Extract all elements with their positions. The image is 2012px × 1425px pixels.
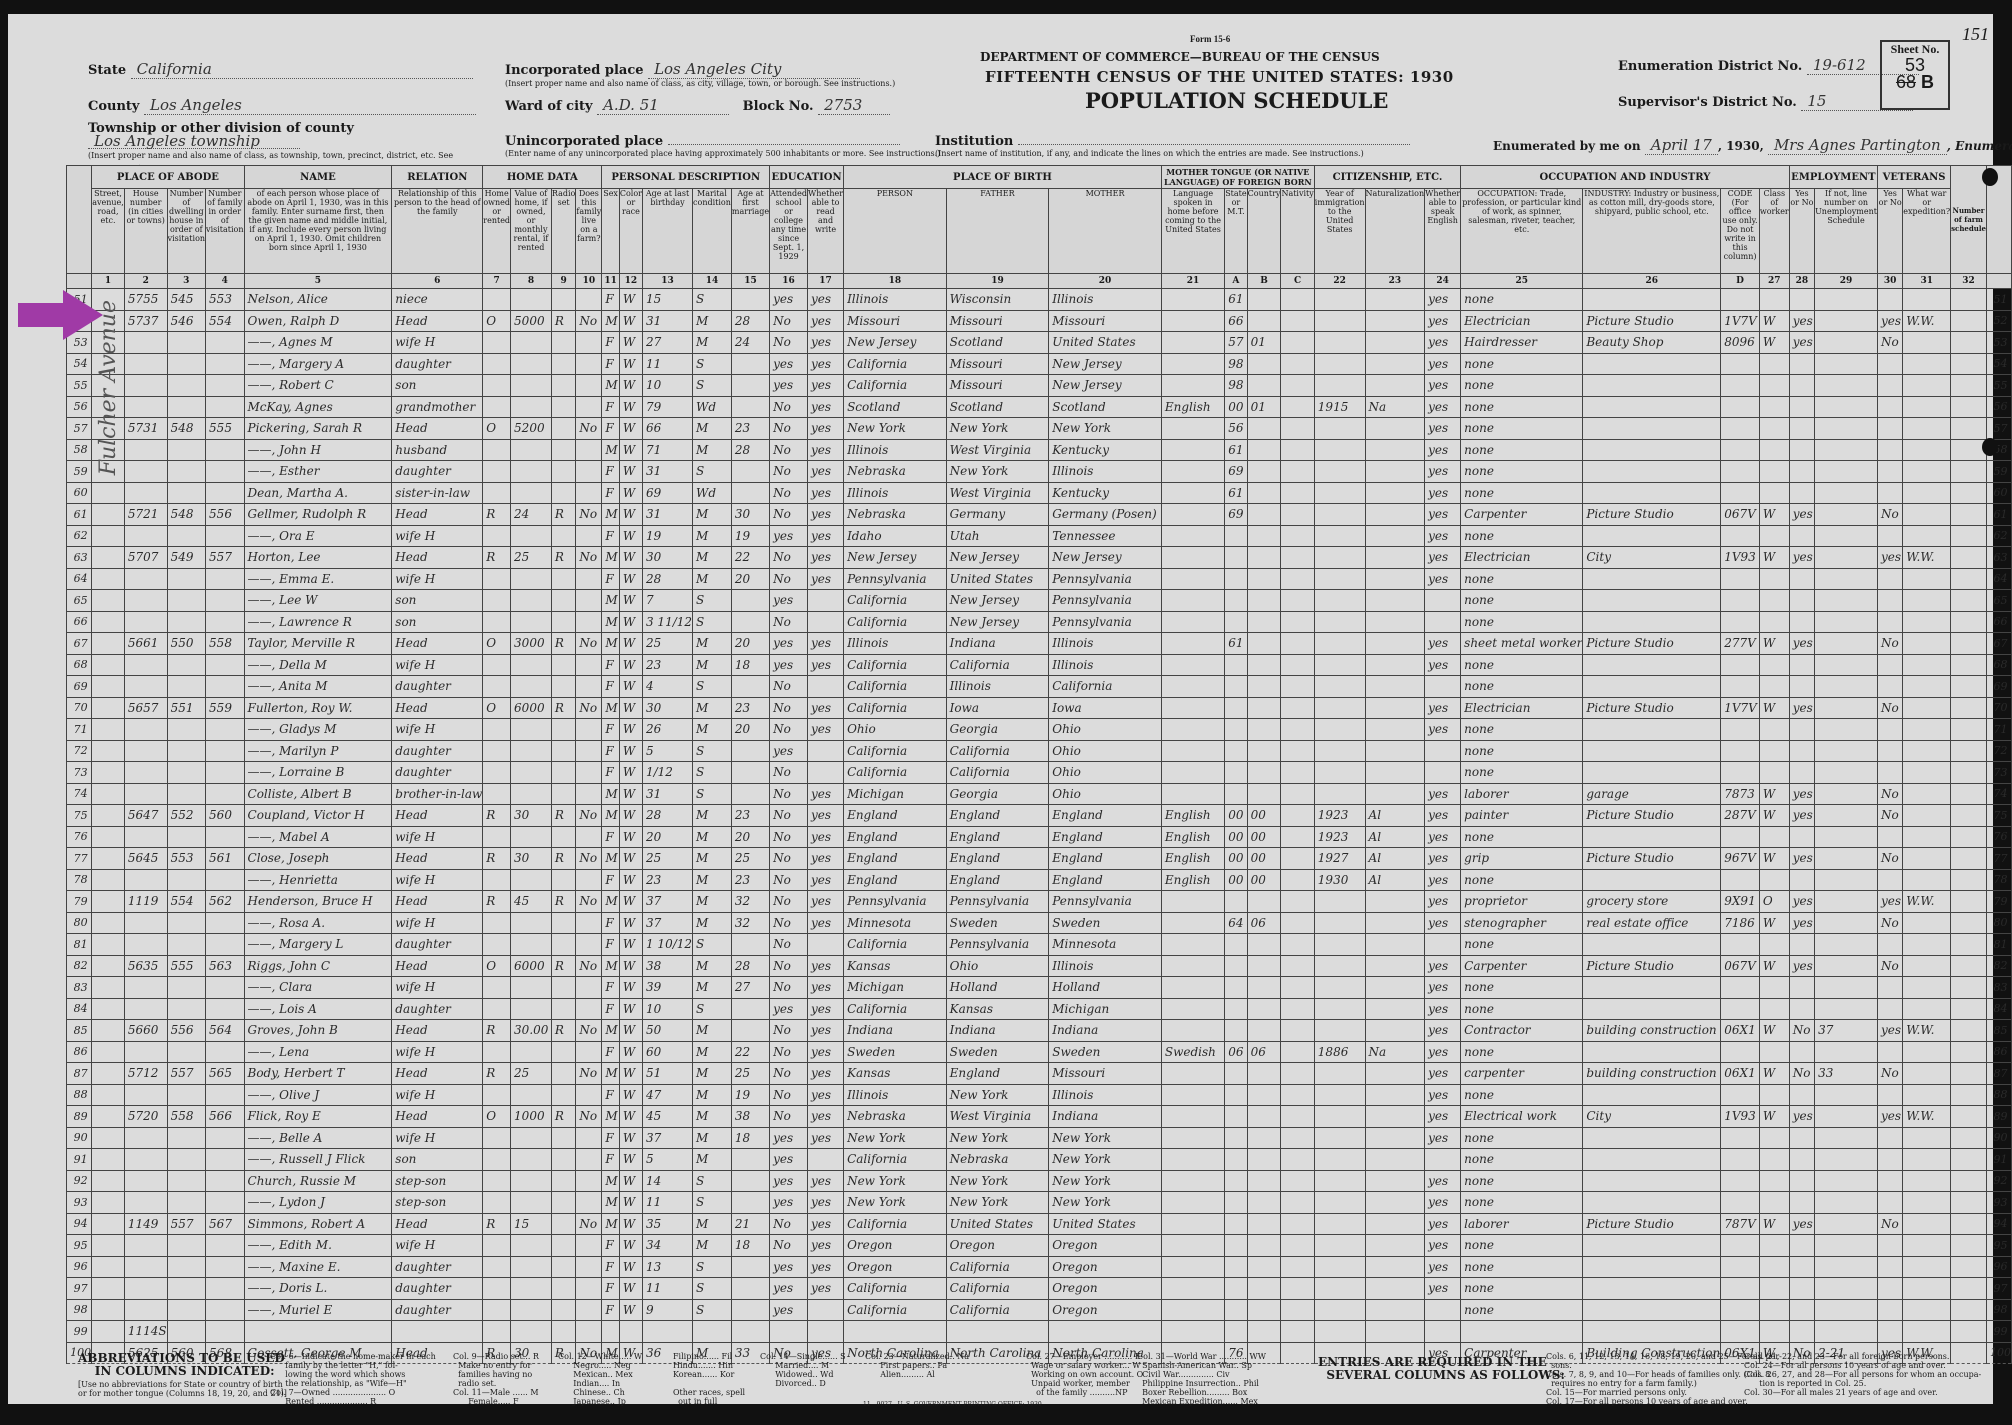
cell-rel: husband bbox=[392, 439, 483, 461]
group-mother-tongue: MOTHER TONGUE (OR NATIVE LANGUAGE) OF FO… bbox=[1161, 166, 1314, 189]
cell-ca: 98 bbox=[1225, 353, 1247, 375]
cell-mar: S bbox=[693, 461, 732, 483]
cell-read: yes bbox=[808, 869, 844, 891]
cell-sch: No bbox=[770, 977, 808, 999]
sheet-number-struck: 68 bbox=[1896, 72, 1916, 92]
cell-sch: No bbox=[770, 1041, 808, 1063]
cell-fbp: California bbox=[946, 1256, 1049, 1278]
cell-name: Flick, Roy E bbox=[244, 1106, 392, 1128]
line-number: 59 bbox=[1986, 461, 2011, 483]
cell-eng: yes bbox=[1425, 719, 1461, 741]
cell-vet: yes bbox=[1877, 1020, 1902, 1042]
cell-emp bbox=[1789, 1299, 1814, 1321]
col-speak-english: Whether able to speak English bbox=[1425, 189, 1461, 274]
cell-fs bbox=[1951, 955, 1987, 977]
cell-house bbox=[124, 912, 167, 934]
cell-house bbox=[124, 611, 167, 633]
line-number: 87 bbox=[1986, 1063, 2011, 1085]
cell-sch: No bbox=[770, 1213, 808, 1235]
cell-dw bbox=[167, 396, 205, 418]
cell-sex: F bbox=[602, 912, 620, 934]
cell-mbp: Tennessee bbox=[1049, 525, 1162, 547]
cell-cc bbox=[1281, 1084, 1314, 1106]
cell-ind bbox=[1583, 1192, 1721, 1214]
cell-fbp: California bbox=[946, 762, 1049, 784]
cell-mar: S bbox=[693, 783, 732, 805]
cell-emp: yes bbox=[1789, 1106, 1814, 1128]
cell-radio bbox=[551, 869, 575, 891]
cell-sex: F bbox=[602, 396, 620, 418]
cell-street bbox=[92, 547, 125, 569]
table-row: 705657551559Fullerton, Roy W.HeadO6000RN… bbox=[67, 697, 2012, 719]
cell-own bbox=[483, 977, 511, 999]
cell-mbp: Illinois bbox=[1049, 1084, 1162, 1106]
cell-rel: Head bbox=[392, 955, 483, 977]
cell-dw bbox=[167, 611, 205, 633]
cell-fam: 558 bbox=[206, 633, 244, 655]
cell-emp bbox=[1789, 418, 1814, 440]
cell-cb bbox=[1247, 977, 1281, 999]
cell-unemp bbox=[1815, 332, 1878, 354]
census-title: FIFTEENTH CENSUS OF THE UNITED STATES: 1… bbox=[985, 68, 1454, 86]
cell-sex: M bbox=[602, 547, 620, 569]
cell-nat bbox=[1365, 504, 1425, 526]
cell-read: yes bbox=[808, 332, 844, 354]
cell-emp bbox=[1789, 1235, 1814, 1257]
department-title: DEPARTMENT OF COMMERCE—BUREAU OF THE CEN… bbox=[980, 50, 1380, 64]
table-row: 92Church, Russie Mstep-sonMW14SyesyesNew… bbox=[67, 1170, 2012, 1192]
cell-fam bbox=[206, 439, 244, 461]
cell-fam: 557 bbox=[206, 547, 244, 569]
cell-cc bbox=[1281, 654, 1314, 676]
cell-agem bbox=[731, 590, 769, 612]
cell-eng bbox=[1425, 611, 1461, 633]
cell-ca bbox=[1225, 1192, 1247, 1214]
cell-fam: 567 bbox=[206, 1213, 244, 1235]
cell-fam bbox=[206, 740, 244, 762]
cell-dw bbox=[167, 1041, 205, 1063]
cell-rel: son bbox=[392, 1149, 483, 1171]
cell-mar: M bbox=[693, 1020, 732, 1042]
printer-imprint: 11—9027 U. S. GOVERNMENT PRINTING OFFICE… bbox=[863, 1400, 1042, 1409]
cell-fbp: New Jersey bbox=[946, 590, 1049, 612]
cell-rel: grandmother bbox=[392, 396, 483, 418]
table-row: 95——, Edith M.wife HFW34M18NoyesOregonOr… bbox=[67, 1235, 2012, 1257]
table-row: 755647552560Coupland, Victor HHeadR30RNo… bbox=[67, 805, 2012, 827]
farm-schedule-header: Number of farm schedule bbox=[1951, 166, 1987, 274]
cell-eng: yes bbox=[1425, 998, 1461, 1020]
cell-house bbox=[124, 719, 167, 741]
cell-val bbox=[511, 826, 552, 848]
cell-sch: No bbox=[770, 439, 808, 461]
cell-code: 1V93 bbox=[1721, 1106, 1760, 1128]
cell-nat bbox=[1365, 1213, 1425, 1235]
cell-rel: daughter bbox=[392, 934, 483, 956]
cell-occ: none bbox=[1461, 611, 1583, 633]
cell-name: ——, Lawrence R bbox=[244, 611, 392, 633]
cell-bp: California bbox=[844, 353, 947, 375]
cell-ind bbox=[1583, 1170, 1721, 1192]
cell-occ: sheet metal worker bbox=[1461, 633, 1583, 655]
cell-house: 5712 bbox=[124, 1063, 167, 1085]
group-relation: RELATION bbox=[392, 166, 483, 189]
cell-lang bbox=[1161, 1063, 1224, 1085]
cell-mbp: Missouri bbox=[1049, 310, 1162, 332]
cell-race: W bbox=[619, 1149, 642, 1171]
cell-code bbox=[1721, 375, 1760, 397]
cell-cb bbox=[1247, 955, 1281, 977]
cell-bp: California bbox=[844, 654, 947, 676]
cell-unemp bbox=[1815, 375, 1878, 397]
cell-farm: No bbox=[576, 418, 602, 440]
cell-nat bbox=[1365, 547, 1425, 569]
cell-emp bbox=[1789, 1127, 1814, 1149]
cell-vet: yes bbox=[1877, 547, 1902, 569]
cell-radio bbox=[551, 934, 575, 956]
cell-war: W.W. bbox=[1903, 891, 1951, 913]
line-number: 83 bbox=[1986, 977, 2011, 999]
cell-read: yes bbox=[808, 461, 844, 483]
cell-rel: Head bbox=[392, 1020, 483, 1042]
cell-bp: California bbox=[844, 697, 947, 719]
cell-age: 10 bbox=[642, 375, 692, 397]
cell-ca bbox=[1225, 783, 1247, 805]
cell-ca: 06 bbox=[1225, 1041, 1247, 1063]
cell-vet: No bbox=[1877, 912, 1902, 934]
cell-mar: S bbox=[693, 762, 732, 784]
cell-cls bbox=[1759, 740, 1789, 762]
cell-lang: English bbox=[1161, 848, 1224, 870]
cell-ca bbox=[1225, 590, 1247, 612]
cell-fam: 556 bbox=[206, 504, 244, 526]
cell-cls bbox=[1759, 525, 1789, 547]
cell-name: ——, Marilyn P bbox=[244, 740, 392, 762]
cell-mbp: Pennsylvania bbox=[1049, 891, 1162, 913]
cell-unemp: 37 bbox=[1815, 1020, 1878, 1042]
cell-ca: 57 bbox=[1225, 332, 1247, 354]
line-number: 93 bbox=[67, 1192, 92, 1214]
cell-fs bbox=[1951, 504, 1987, 526]
cell-age: 11 bbox=[642, 353, 692, 375]
cell-race: W bbox=[619, 654, 642, 676]
cell-code: 067V bbox=[1721, 955, 1760, 977]
cell-dw: 557 bbox=[167, 1213, 205, 1235]
cell-lang bbox=[1161, 998, 1224, 1020]
cell-ind bbox=[1583, 439, 1721, 461]
cell-cb bbox=[1247, 934, 1281, 956]
cell-cc bbox=[1281, 590, 1314, 612]
cell-radio bbox=[551, 1170, 575, 1192]
cell-house bbox=[124, 1278, 167, 1300]
cell-mbp: New York bbox=[1049, 1149, 1162, 1171]
cell-radio bbox=[551, 1127, 575, 1149]
cell-val bbox=[511, 1235, 552, 1257]
line-number: 87 bbox=[67, 1063, 92, 1085]
cell-dw bbox=[167, 676, 205, 698]
cell-radio bbox=[551, 1063, 575, 1085]
cell-name bbox=[244, 1321, 392, 1343]
cell-street bbox=[92, 891, 125, 913]
cell-race: W bbox=[619, 396, 642, 418]
cell-emp bbox=[1789, 525, 1814, 547]
cell-imm bbox=[1314, 418, 1365, 440]
cell-lang bbox=[1161, 633, 1224, 655]
cell-war bbox=[1903, 525, 1951, 547]
cell-own bbox=[483, 676, 511, 698]
legend-col31: Col. 31—World War ........... WW Spanish… bbox=[1137, 1352, 1266, 1406]
cell-cc bbox=[1281, 418, 1314, 440]
column-number: B bbox=[1247, 274, 1281, 289]
cell-farm bbox=[576, 1149, 602, 1171]
cell-lang bbox=[1161, 310, 1224, 332]
cell-dw bbox=[167, 869, 205, 891]
cell-rel: wife H bbox=[392, 912, 483, 934]
cell-radio bbox=[551, 740, 575, 762]
cell-code bbox=[1721, 525, 1760, 547]
cell-ind bbox=[1583, 482, 1721, 504]
cell-fs bbox=[1951, 1213, 1987, 1235]
cell-agem bbox=[731, 611, 769, 633]
cell-name: ——, Della M bbox=[244, 654, 392, 676]
cell-read: yes bbox=[808, 998, 844, 1020]
entries-required-title: ENTRIES ARE REQUIRED IN THE SEVERAL COLU… bbox=[1318, 1356, 1565, 1382]
line-number: 74 bbox=[67, 783, 92, 805]
cell-own bbox=[483, 869, 511, 891]
cell-war: W.W. bbox=[1903, 547, 1951, 569]
cell-mar: M bbox=[693, 805, 732, 827]
cell-rel: Head bbox=[392, 633, 483, 655]
cell-cb: 06 bbox=[1247, 1041, 1281, 1063]
column-number: 31 bbox=[1903, 274, 1951, 289]
cell-eng: yes bbox=[1425, 310, 1461, 332]
cell-nat bbox=[1365, 955, 1425, 977]
cell-val: 15 bbox=[511, 1213, 552, 1235]
cell-sex: F bbox=[602, 1299, 620, 1321]
cell-bp: Kansas bbox=[844, 1063, 947, 1085]
cell-radio bbox=[551, 375, 575, 397]
cell-house bbox=[124, 783, 167, 805]
cell-dw: 545 bbox=[167, 289, 205, 311]
township-value: Los Angeles township bbox=[88, 135, 300, 149]
cell-cls bbox=[1759, 1321, 1789, 1343]
cell-age: 23 bbox=[642, 654, 692, 676]
cell-sex: M bbox=[602, 848, 620, 870]
cell-age: 47 bbox=[642, 1084, 692, 1106]
cell-fs bbox=[1951, 1235, 1987, 1257]
cell-emp bbox=[1789, 1278, 1814, 1300]
cell-ind: Picture Studio bbox=[1583, 805, 1721, 827]
line-number: 75 bbox=[67, 805, 92, 827]
cell-agem bbox=[731, 762, 769, 784]
col-radio: Radio set bbox=[551, 189, 575, 274]
cell-nat bbox=[1365, 439, 1425, 461]
cell-cls bbox=[1759, 1041, 1789, 1063]
cell-race: W bbox=[619, 1256, 642, 1278]
cell-unemp bbox=[1815, 912, 1878, 934]
cell-lang bbox=[1161, 891, 1224, 913]
cell-cls bbox=[1759, 934, 1789, 956]
cell-agem bbox=[731, 1299, 769, 1321]
cell-fam bbox=[206, 611, 244, 633]
cell-mbp: Michigan bbox=[1049, 998, 1162, 1020]
cell-race: W bbox=[619, 418, 642, 440]
institution-label: Institution bbox=[935, 134, 1013, 149]
cell-agem bbox=[731, 1256, 769, 1278]
cell-fam bbox=[206, 1084, 244, 1106]
line-number: 98 bbox=[67, 1299, 92, 1321]
cell-mbp: Oregon bbox=[1049, 1256, 1162, 1278]
cell-code bbox=[1721, 676, 1760, 698]
cell-sch: No bbox=[770, 783, 808, 805]
cell-val bbox=[511, 1041, 552, 1063]
cell-read: yes bbox=[808, 783, 844, 805]
column-number: 17 bbox=[808, 274, 844, 289]
cell-fs bbox=[1951, 805, 1987, 827]
cell-vet: No bbox=[1877, 504, 1902, 526]
col-occupation: OCCUPATION: Trade, profession, or partic… bbox=[1461, 189, 1583, 274]
cell-unemp bbox=[1815, 977, 1878, 999]
cell-ca: 00 bbox=[1225, 848, 1247, 870]
cell-fam: 564 bbox=[206, 1020, 244, 1042]
cell-vet bbox=[1877, 289, 1902, 311]
cell-vet bbox=[1877, 590, 1902, 612]
cell-house bbox=[124, 869, 167, 891]
col-read-write: Whether able to read and write bbox=[808, 189, 844, 274]
cell-age: 1/12 bbox=[642, 762, 692, 784]
cell-age: 3 11/12 bbox=[642, 611, 692, 633]
cell-fbp: Utah bbox=[946, 525, 1049, 547]
cell-code: 067V bbox=[1721, 504, 1760, 526]
cell-cb bbox=[1247, 1149, 1281, 1171]
line-number: 71 bbox=[67, 719, 92, 741]
cell-val bbox=[511, 676, 552, 698]
line-number: 78 bbox=[67, 869, 92, 891]
cell-imm: 1923 bbox=[1314, 805, 1365, 827]
cell-nat bbox=[1365, 525, 1425, 547]
cell-sch: No bbox=[770, 891, 808, 913]
cell-imm bbox=[1314, 1170, 1365, 1192]
cell-mar: M bbox=[693, 1235, 732, 1257]
cell-agem bbox=[731, 783, 769, 805]
cell-read: yes bbox=[808, 482, 844, 504]
column-number: 29 bbox=[1815, 274, 1878, 289]
cell-agem bbox=[731, 1170, 769, 1192]
cell-radio bbox=[551, 1192, 575, 1214]
cell-dw: 558 bbox=[167, 1106, 205, 1128]
cell-ind: Picture Studio bbox=[1583, 310, 1721, 332]
cell-age: 66 bbox=[642, 418, 692, 440]
cell-war bbox=[1903, 1235, 1951, 1257]
cell-name: Fullerton, Roy W. bbox=[244, 697, 392, 719]
cell-imm: 1923 bbox=[1314, 826, 1365, 848]
cell-read: yes bbox=[808, 1020, 844, 1042]
cell-bp: England bbox=[844, 848, 947, 870]
cell-agem: 18 bbox=[731, 1127, 769, 1149]
cell-code: 287V bbox=[1721, 805, 1760, 827]
cell-mar: M bbox=[693, 848, 732, 870]
cell-farm bbox=[576, 912, 602, 934]
cell-age: 28 bbox=[642, 568, 692, 590]
cell-dw bbox=[167, 1170, 205, 1192]
table-row: 60Dean, Martha A.sister-in-lawFW69WdNoye… bbox=[67, 482, 2012, 504]
cell-war bbox=[1903, 1041, 1951, 1063]
cell-imm bbox=[1314, 654, 1365, 676]
cell-code bbox=[1721, 1278, 1760, 1300]
enumerated-date: April 17 bbox=[1645, 136, 1718, 155]
cell-farm bbox=[576, 1235, 602, 1257]
cell-age: 11 bbox=[642, 1278, 692, 1300]
cell-cb bbox=[1247, 676, 1281, 698]
cell-occ: none bbox=[1461, 461, 1583, 483]
cell-fam bbox=[206, 1127, 244, 1149]
cell-mbp: New York bbox=[1049, 418, 1162, 440]
cell-street bbox=[92, 934, 125, 956]
col-employed: Yes or No bbox=[1789, 189, 1814, 274]
cell-cc bbox=[1281, 504, 1314, 526]
cell-mar: S bbox=[693, 1170, 732, 1192]
cell-cb: 01 bbox=[1247, 396, 1281, 418]
cell-lang: English bbox=[1161, 869, 1224, 891]
cell-imm bbox=[1314, 1235, 1365, 1257]
cell-sch: No bbox=[770, 955, 808, 977]
cell-bp: Pennsylvania bbox=[844, 568, 947, 590]
cell-fbp: Germany bbox=[946, 504, 1049, 526]
cell-cc bbox=[1281, 955, 1314, 977]
cell-farm bbox=[576, 375, 602, 397]
table-row: 53——, Agnes Mwife HFW27M24NoyesNew Jerse… bbox=[67, 332, 2012, 354]
cell-agem bbox=[731, 1149, 769, 1171]
cell-val bbox=[511, 332, 552, 354]
cell-unemp bbox=[1815, 697, 1878, 719]
column-number: 21 bbox=[1161, 274, 1224, 289]
cell-mbp: Holland bbox=[1049, 977, 1162, 999]
cell-fam bbox=[206, 998, 244, 1020]
cell-fbp: New York bbox=[946, 1170, 1049, 1192]
cell-own: R bbox=[483, 891, 511, 913]
cell-ind: Beauty Shop bbox=[1583, 332, 1721, 354]
cell-nat bbox=[1365, 1192, 1425, 1214]
cell-imm bbox=[1314, 1106, 1365, 1128]
cell-occ: none bbox=[1461, 418, 1583, 440]
cell-sch: No bbox=[770, 848, 808, 870]
cell-street bbox=[92, 1063, 125, 1085]
cell-fbp: Georgia bbox=[946, 783, 1049, 805]
ward-label: Ward of city bbox=[505, 99, 593, 114]
cell-unemp bbox=[1815, 590, 1878, 612]
cell-street bbox=[92, 525, 125, 547]
cell-read: yes bbox=[808, 891, 844, 913]
cell-sch: yes bbox=[770, 289, 808, 311]
cell-val bbox=[511, 611, 552, 633]
cell-unemp bbox=[1815, 525, 1878, 547]
cell-house bbox=[124, 482, 167, 504]
cell-sex: M bbox=[602, 891, 620, 913]
cell-cc bbox=[1281, 998, 1314, 1020]
cell-emp bbox=[1789, 998, 1814, 1020]
cell-war bbox=[1903, 998, 1951, 1020]
cell-unemp bbox=[1815, 439, 1878, 461]
cell-war bbox=[1903, 353, 1951, 375]
cell-race: W bbox=[619, 719, 642, 741]
cell-mbp: Oregon bbox=[1049, 1235, 1162, 1257]
cell-radio bbox=[551, 654, 575, 676]
cell-cb bbox=[1247, 1256, 1281, 1278]
cell-unemp bbox=[1815, 482, 1878, 504]
cell-rel: wife H bbox=[392, 977, 483, 999]
cell-val bbox=[511, 998, 552, 1020]
cell-cls bbox=[1759, 439, 1789, 461]
cell-dw: 548 bbox=[167, 418, 205, 440]
